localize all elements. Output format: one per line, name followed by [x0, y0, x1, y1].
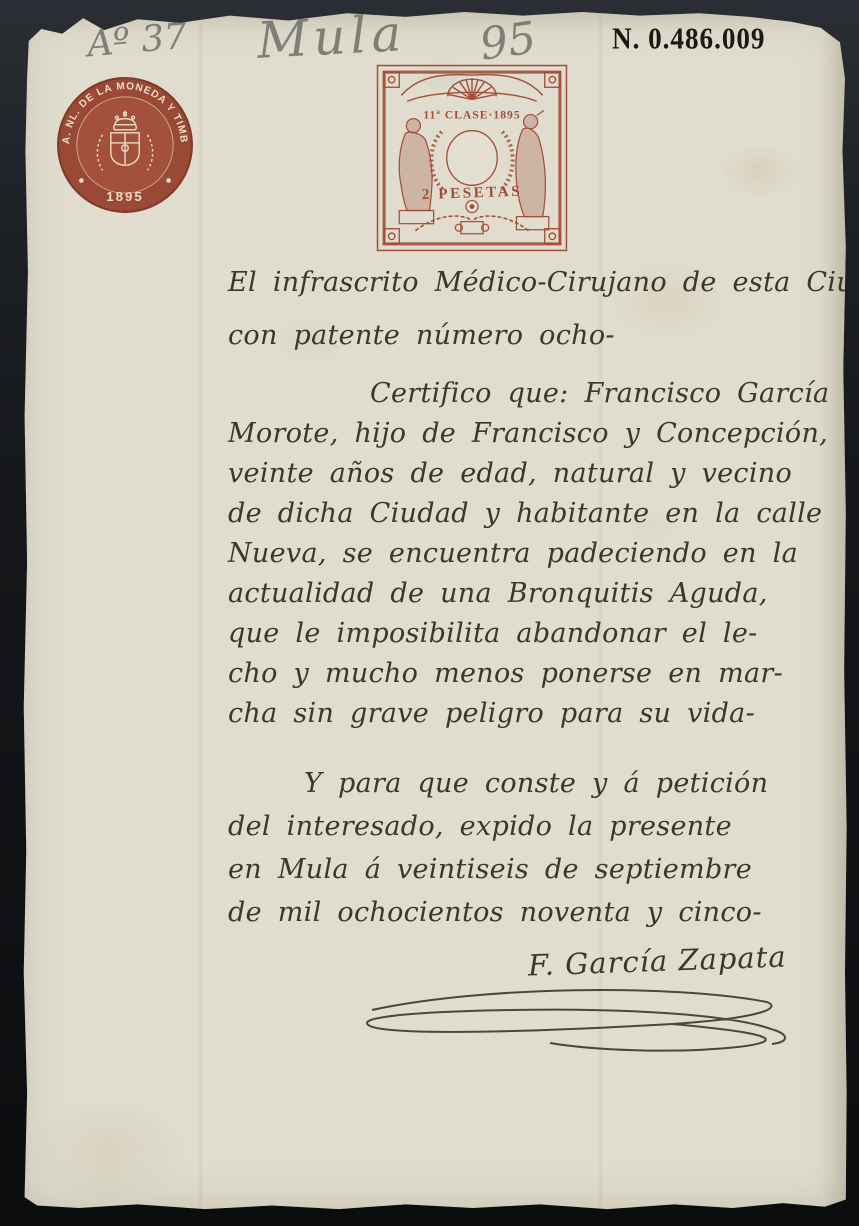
serial-number: N. 0.486.009	[612, 22, 765, 57]
allegorical-figure-left-icon	[399, 119, 433, 224]
manuscript-line: en Mula á veintiseis de septiembre	[228, 848, 768, 891]
manuscript-line: cho y mucho menos ponerse en mar-	[228, 654, 859, 694]
stamp-value-line: 2 PESETAS	[422, 183, 523, 203]
stamp-class-line: 11ª CLASE·1895	[423, 109, 520, 122]
paper-crease	[197, 6, 204, 1214]
mint-seal-icon: FCA. NL. DE LA MONEDA Y TIMBRE 1895	[54, 74, 196, 216]
manuscript-line: veinte años de edad, natural y vecino	[228, 454, 859, 494]
pencil-annotation-number: 95	[477, 12, 540, 70]
allegorical-figure-right-icon	[516, 111, 549, 230]
bottom-garland-icon	[415, 216, 528, 234]
revenue-stamp: 11ª CLASE·1895 2 PESETAS	[375, 63, 569, 253]
manuscript-line: Nueva, se encuentra padeciendo en la	[228, 534, 859, 574]
manuscript-line: El infrascrito Médico-Cirujano de esta C…	[228, 256, 859, 309]
manuscript-line: Certifico que: Francisco García	[228, 374, 859, 414]
manuscript-line: Y para que conste y á petición	[228, 762, 768, 805]
pencil-annotation-year: Aº 37	[85, 16, 188, 66]
signature-flourish-icon	[342, 982, 802, 1054]
manuscript-line: del interesado, expido la presente	[228, 805, 768, 848]
manuscript-line: actualidad de una Bronquitis Aguda,	[228, 574, 859, 614]
manuscript-line: de dicha Ciudad y habitante en la calle	[228, 494, 859, 534]
manuscript-paragraph: El infrascrito Médico-Cirujano de esta C…	[228, 256, 859, 362]
manuscript-line: de mil ochocientos noventa y cinco-	[228, 891, 768, 934]
pencil-annotation-town: Mula	[256, 4, 408, 70]
signature: F. García Zapata	[527, 939, 787, 982]
shell-cartouche-icon	[401, 75, 542, 102]
laurel-oval-icon	[431, 131, 512, 191]
document-paper: N. 0.486.009 Aº 37 Mula 95 FCA. NL. DE L…	[12, 6, 850, 1214]
manuscript-line: con patente número ocho-	[228, 309, 859, 362]
manuscript-line: cha sin grave peligro para su vida-	[228, 694, 859, 734]
manuscript-line: que le imposibilita abandonar el le-	[228, 614, 859, 654]
manuscript-paragraph: Certifico que: Francisco García Morote, …	[228, 374, 859, 734]
manuscript-paragraph: Y para que conste y á petición del inter…	[228, 762, 768, 934]
manuscript-line: Morote, hijo de Francisco y Concepción, …	[228, 414, 859, 454]
seal-year: 1895	[106, 189, 143, 204]
